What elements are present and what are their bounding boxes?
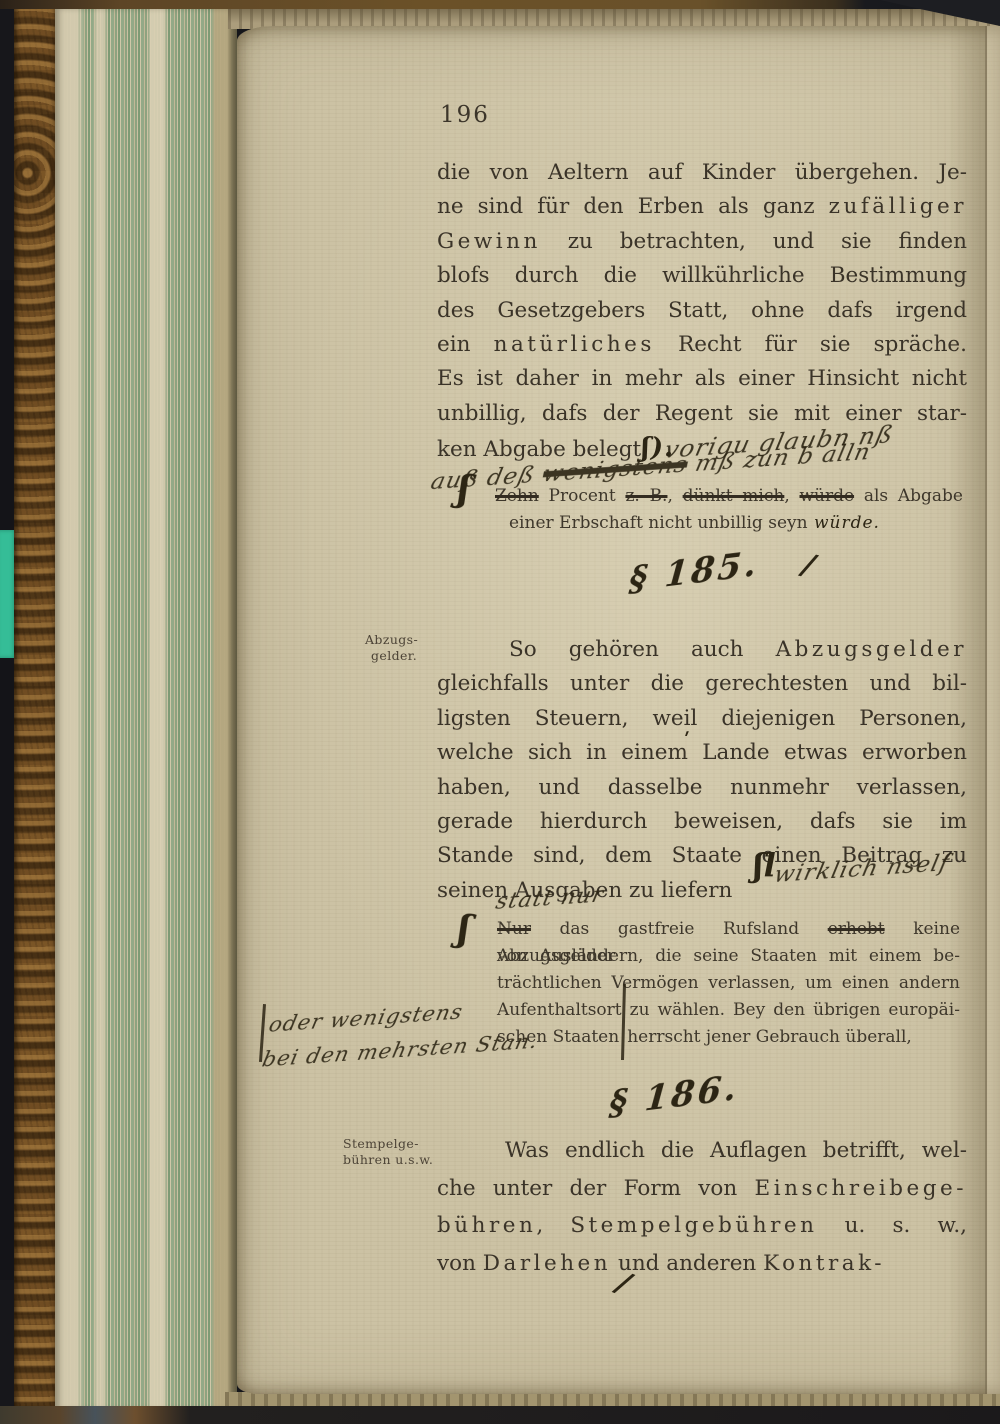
handwritten-margin-note: bei den mehrsten Stan.	[260, 1029, 541, 1072]
text-run: Aufenthaltsort zu wählen. Bey den übrige…	[497, 1000, 960, 1020]
paragraph-inheritance: die von Aeltern auf Kinder übergehen. Je…	[437, 156, 967, 466]
text-line: ligsten Steuern, weil diejenigen Persone…	[437, 702, 967, 736]
text-line: bühren, Stempelgebühren u. s. w.,	[437, 1207, 967, 1245]
margin-note-line: bühren u.s.w.	[343, 1152, 433, 1168]
footnote-1: Zehn Procent z. B., dünkt mich, würde al…	[495, 483, 963, 537]
text-line: gleichfalls unter die gerechtesten und b…	[437, 667, 967, 701]
text-run: So gehören auch	[509, 637, 776, 662]
text-line: che unter der Form von Einschreibege-	[437, 1170, 967, 1208]
handwritten-section-mark-1: § 185.	[628, 544, 761, 601]
struck-word: dünkt mich	[683, 486, 785, 506]
text-run: che unter der Form von	[437, 1176, 755, 1201]
handwritten-word: würde.	[808, 513, 880, 533]
text-line: gerade hierdurch beweisen, dafs sie im	[437, 805, 967, 839]
margin-note-abzugsgelder: Abzugs- gelder.	[365, 632, 418, 663]
book-bottom-edge	[0, 1406, 1000, 1424]
handwritten-stray-slash: /	[799, 547, 818, 584]
text-run: die von Aeltern auf Kinder übergehen. Je…	[437, 160, 967, 185]
text-run: trächtlichen Vermögen verlassen, um eine…	[497, 973, 960, 993]
text-run: herrscht jener Gebrauch überall,	[619, 1027, 912, 1047]
struck-word: würde	[799, 486, 854, 506]
margin-note-stempelgebuehren: Stempelge- bühren u.s.w.	[343, 1136, 433, 1167]
paragraph-auflagen: Was endlich die Auflagen betrifft, wel- …	[437, 1132, 967, 1282]
text-line: des Gesetzgebers Statt, ohne dafs irgend	[437, 294, 967, 328]
marbled-cover-edge	[14, 4, 59, 1412]
footnote-line: schen Staatenherrscht jener Gebrauch übe…	[497, 1024, 960, 1051]
margin-note-line: Stempelge-	[343, 1136, 433, 1152]
text-run: von Ausländern, die seine Staaten mit ei…	[497, 946, 960, 966]
text-line: blofs durch die willkührliche Bestimmung	[437, 259, 967, 293]
text-run: einer Erbschaft nicht unbillig seyn	[509, 513, 808, 533]
text-line: Es ist daher in mehr als einer Hinsicht …	[437, 362, 967, 396]
text-run: als Abgabe	[854, 486, 963, 506]
footnote-line: Zehn Procent z. B., dünkt mich, würde al…	[495, 483, 963, 510]
text-run: ,	[667, 486, 682, 506]
emphasized-word: Stempelgebühren	[570, 1213, 817, 1238]
text-run: ne sind für den Erben als ganz	[437, 194, 829, 219]
handwriting-run: wirklich nself	[771, 850, 951, 888]
text-run: welche sich in einem Lande etwas erworbe…	[437, 740, 967, 765]
page-number: 196	[440, 102, 490, 128]
struck-word: Nur	[497, 919, 531, 939]
text-run: ligsten Steuern, weil diejenigen Persone…	[437, 706, 967, 731]
text-run: haben, und dasselbe nunmehr verlassen,	[437, 775, 967, 800]
page-fore-edges	[55, 8, 237, 1410]
handwritten-caret: ʹ	[684, 728, 690, 752]
emphasized-word: bühren	[437, 1213, 536, 1238]
text-line: So gehören auch Abzugsgelder	[437, 633, 967, 667]
footnote-line: trächtlichen Vermögen verlassen, um eine…	[497, 970, 960, 997]
text-line: welche sich in einem Lande etwas erworbe…	[437, 736, 967, 770]
text-line: von Darlehen und anderen Kontrak-	[437, 1245, 967, 1283]
book-photo-scan: 196 die von Aeltern auf Kinder übergehen…	[0, 0, 1000, 1424]
text-run: das gastfreie Rufsland	[531, 919, 828, 939]
margin-note-line: gelder.	[365, 648, 418, 664]
text-run: gerade hierdurch beweisen, dafs sie im	[437, 809, 967, 834]
page-right-margin-strip	[987, 26, 1000, 1394]
footnote-line: von Ausländern, die seine Staaten mit ei…	[497, 943, 960, 970]
handwritten-footnote-marker: ʃ	[456, 907, 472, 950]
text-line: haben, und dasselbe nunmehr verlassen,	[437, 771, 967, 805]
text-run: ,	[536, 1213, 570, 1238]
text-run: Recht für sie spräche.	[655, 332, 967, 357]
text-run: ,	[784, 486, 799, 506]
text-run: Was endlich die Auflagen betrifft, wel-	[505, 1138, 967, 1163]
handwritten-margin-note: oder wenigstens	[267, 999, 466, 1036]
footnote-line: Nur das gastfreie Rufsland erhebt keine …	[497, 916, 960, 943]
struck-word: Zehn	[495, 486, 539, 506]
margin-note-line: Abzugs-	[365, 632, 418, 648]
text-run: gleichfalls unter die gerechtesten und b…	[437, 671, 967, 696]
book-page: 196 die von Aeltern auf Kinder übergehen…	[237, 26, 1000, 1394]
footnote-line: einer Erbschaft nicht unbillig seyn würd…	[495, 510, 963, 537]
handwritten-section-mark-2: § 186.	[608, 1068, 741, 1125]
text-run: blofs durch die willkührliche Bestimmung	[437, 263, 967, 288]
emphasized-word: zufälliger	[829, 194, 967, 219]
emphasized-word: Einschreibege-	[755, 1176, 967, 1201]
text-line: Gewinn zu betrachten, und sie finden	[437, 225, 967, 259]
struck-word: z. B.	[625, 486, 667, 506]
emphasized-word: Gewinn	[437, 229, 541, 254]
text-line: ein natürliches Recht für sie spräche.	[437, 328, 967, 362]
text-line: ne sind für den Erben als ganz zufällige…	[437, 190, 967, 224]
emphasized-word: Darlehen	[483, 1251, 611, 1276]
text-run: des Gesetzgebers Statt, ohne dafs irgend	[437, 298, 967, 323]
book-top-edge	[0, 0, 1000, 9]
text-line: Was endlich die Auflagen betrifft, wel-	[437, 1132, 967, 1170]
footnote-2: Nur das gastfreie Rufsland erhebt keine …	[497, 916, 960, 1051]
text-run: von	[437, 1251, 483, 1276]
handwritten-marks: ʃl	[753, 846, 776, 884]
footnote-line: Aufenthaltsort zu wählen. Bey den übrige…	[497, 997, 960, 1024]
text-line: die von Aeltern auf Kinder übergehen. Je…	[437, 156, 967, 190]
text-run: ein	[437, 332, 494, 357]
text-run: u. s. w.,	[817, 1213, 967, 1238]
text-run: Es ist daher in mehr als einer Hinsicht …	[437, 366, 967, 391]
text-run: Procent	[539, 486, 626, 506]
handwritten-annotation: ʃl wirklich nself	[753, 846, 948, 884]
emphasized-word: Kontrak-	[763, 1251, 885, 1276]
text-run: zu betrachten, und sie finden	[541, 229, 967, 254]
emphasized-word: natürliches	[494, 332, 655, 357]
emphasized-word: Abzugsgelder	[776, 637, 967, 662]
struck-word: erhebt	[828, 919, 885, 939]
